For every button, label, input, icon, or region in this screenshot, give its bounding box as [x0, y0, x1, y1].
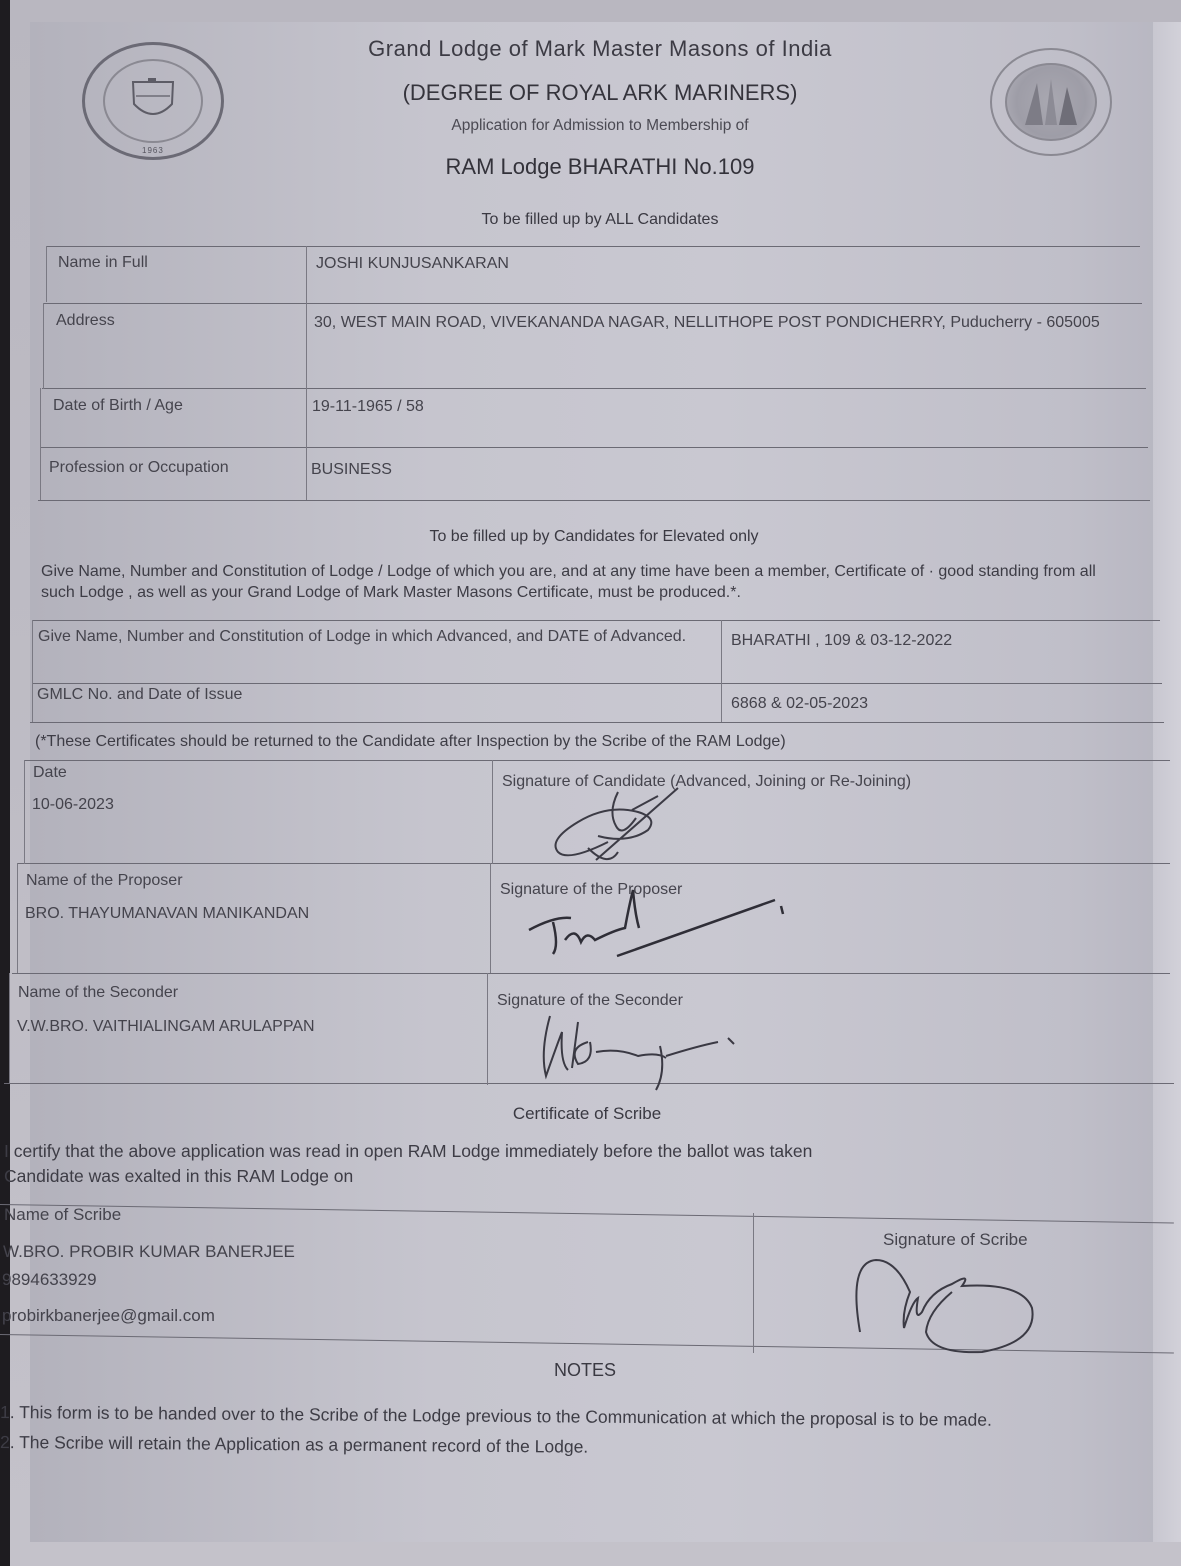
table-border [306, 246, 307, 500]
scribe-signature [852, 1252, 1042, 1362]
scribe-phone: 9894633929 [2, 1270, 97, 1290]
gmlc-label: GMLC No. and Date of Issue [37, 686, 242, 704]
table-border [30, 722, 1164, 723]
dob-age-value: 19-11-1965 / 58 [312, 398, 424, 416]
table-border [44, 303, 1142, 304]
notes-heading: NOTES [485, 1360, 685, 1381]
table-border [32, 683, 1162, 684]
table-border [32, 620, 1160, 621]
table-border [487, 973, 488, 1085]
proposer-name: BRO. THAYUMANAVAN MANIKANDAN [25, 905, 309, 923]
table-border [42, 388, 1146, 389]
left-seal-year: 1963 [142, 146, 164, 155]
table-border [24, 760, 1170, 761]
exalted-text: Candidate was exalted in this RAM Lodge … [4, 1166, 353, 1187]
table-border [721, 620, 722, 722]
organization-title: Grand Lodge of Mark Master Masons of Ind… [300, 36, 900, 62]
table-border [9, 973, 10, 1083]
certify-text: I certify that the above application was… [4, 1141, 812, 1162]
table-border [46, 246, 47, 302]
date-value: 10-06-2023 [32, 796, 114, 814]
certificates-footnote: (*These Certificates should be returned … [35, 733, 1035, 751]
table-border [40, 388, 41, 500]
address-label: Address [56, 312, 115, 330]
advanced-lodge-value: BHARATHI , 109 & 03-12-2022 [731, 632, 952, 650]
table-border [492, 760, 493, 864]
proposer-label: Name of the Proposer [26, 872, 183, 890]
section-elevated-heading: To be filled up by Candidates for Elevat… [294, 528, 894, 546]
name-in-full-value: JOSHI KUNJUSANKARAN [316, 255, 509, 273]
scribe-name-label: Name of Scribe [4, 1205, 121, 1225]
scribe-name: W.BRO. PROBIR KUMAR BANERJEE [3, 1242, 295, 1262]
lodge-name: RAM Lodge BHARATHI No.109 [300, 154, 900, 180]
scribe-signature-label: Signature of Scribe [883, 1230, 1028, 1250]
scribe-certificate-heading: Certificate of Scribe [387, 1104, 787, 1124]
table-border [12, 973, 1170, 974]
elevated-instruction: Give Name, Number and Constitution of Lo… [41, 561, 1131, 603]
advanced-lodge-label: Give Name, Number and Constitution of Lo… [38, 627, 718, 647]
table-border [46, 246, 1140, 247]
seconder-name: V.W.BRO. VAITHIALINGAM ARULAPPAN [17, 1018, 315, 1036]
table-border [40, 447, 1148, 448]
table-border [38, 500, 1150, 501]
seconder-label: Name of the Seconder [18, 984, 178, 1002]
seconder-signature-label: Signature of the Seconder [497, 992, 683, 1010]
grand-lodge-seal-icon [82, 42, 224, 160]
proposer-signature [525, 886, 795, 971]
application-line: Application for Admission to Membership … [300, 117, 900, 135]
profession-value: BUSINESS [311, 461, 392, 479]
regional-grand-lodge-seal-icon [990, 48, 1112, 156]
date-label: Date [33, 764, 67, 782]
name-in-full-label: Name in Full [58, 254, 148, 272]
gmlc-value: 6868 & 02-05-2023 [731, 695, 868, 713]
table-border [24, 760, 25, 864]
table-border [43, 303, 44, 389]
address-value: 30, WEST MAIN ROAD, VIVEKANANDA NAGAR, N… [314, 313, 1134, 333]
seconder-signature [538, 1012, 748, 1097]
dob-age-label: Date of Birth / Age [53, 397, 183, 415]
page-edge [1153, 22, 1181, 1542]
table-border [490, 863, 491, 973]
profession-label: Profession or Occupation [49, 459, 229, 477]
scribe-email: probirkbanerjee@gmail.com [2, 1306, 215, 1326]
table-border [753, 1213, 754, 1353]
degree-title: (DEGREE OF ROYAL ARK MARINERS) [300, 80, 900, 106]
shield-emblem-icon [128, 78, 178, 124]
section-all-heading: To be filled up by ALL Candidates [300, 211, 900, 229]
table-border [32, 620, 33, 722]
table-border [17, 863, 18, 973]
temple-tower-icon [1021, 77, 1081, 127]
candidate-signature [548, 782, 698, 877]
